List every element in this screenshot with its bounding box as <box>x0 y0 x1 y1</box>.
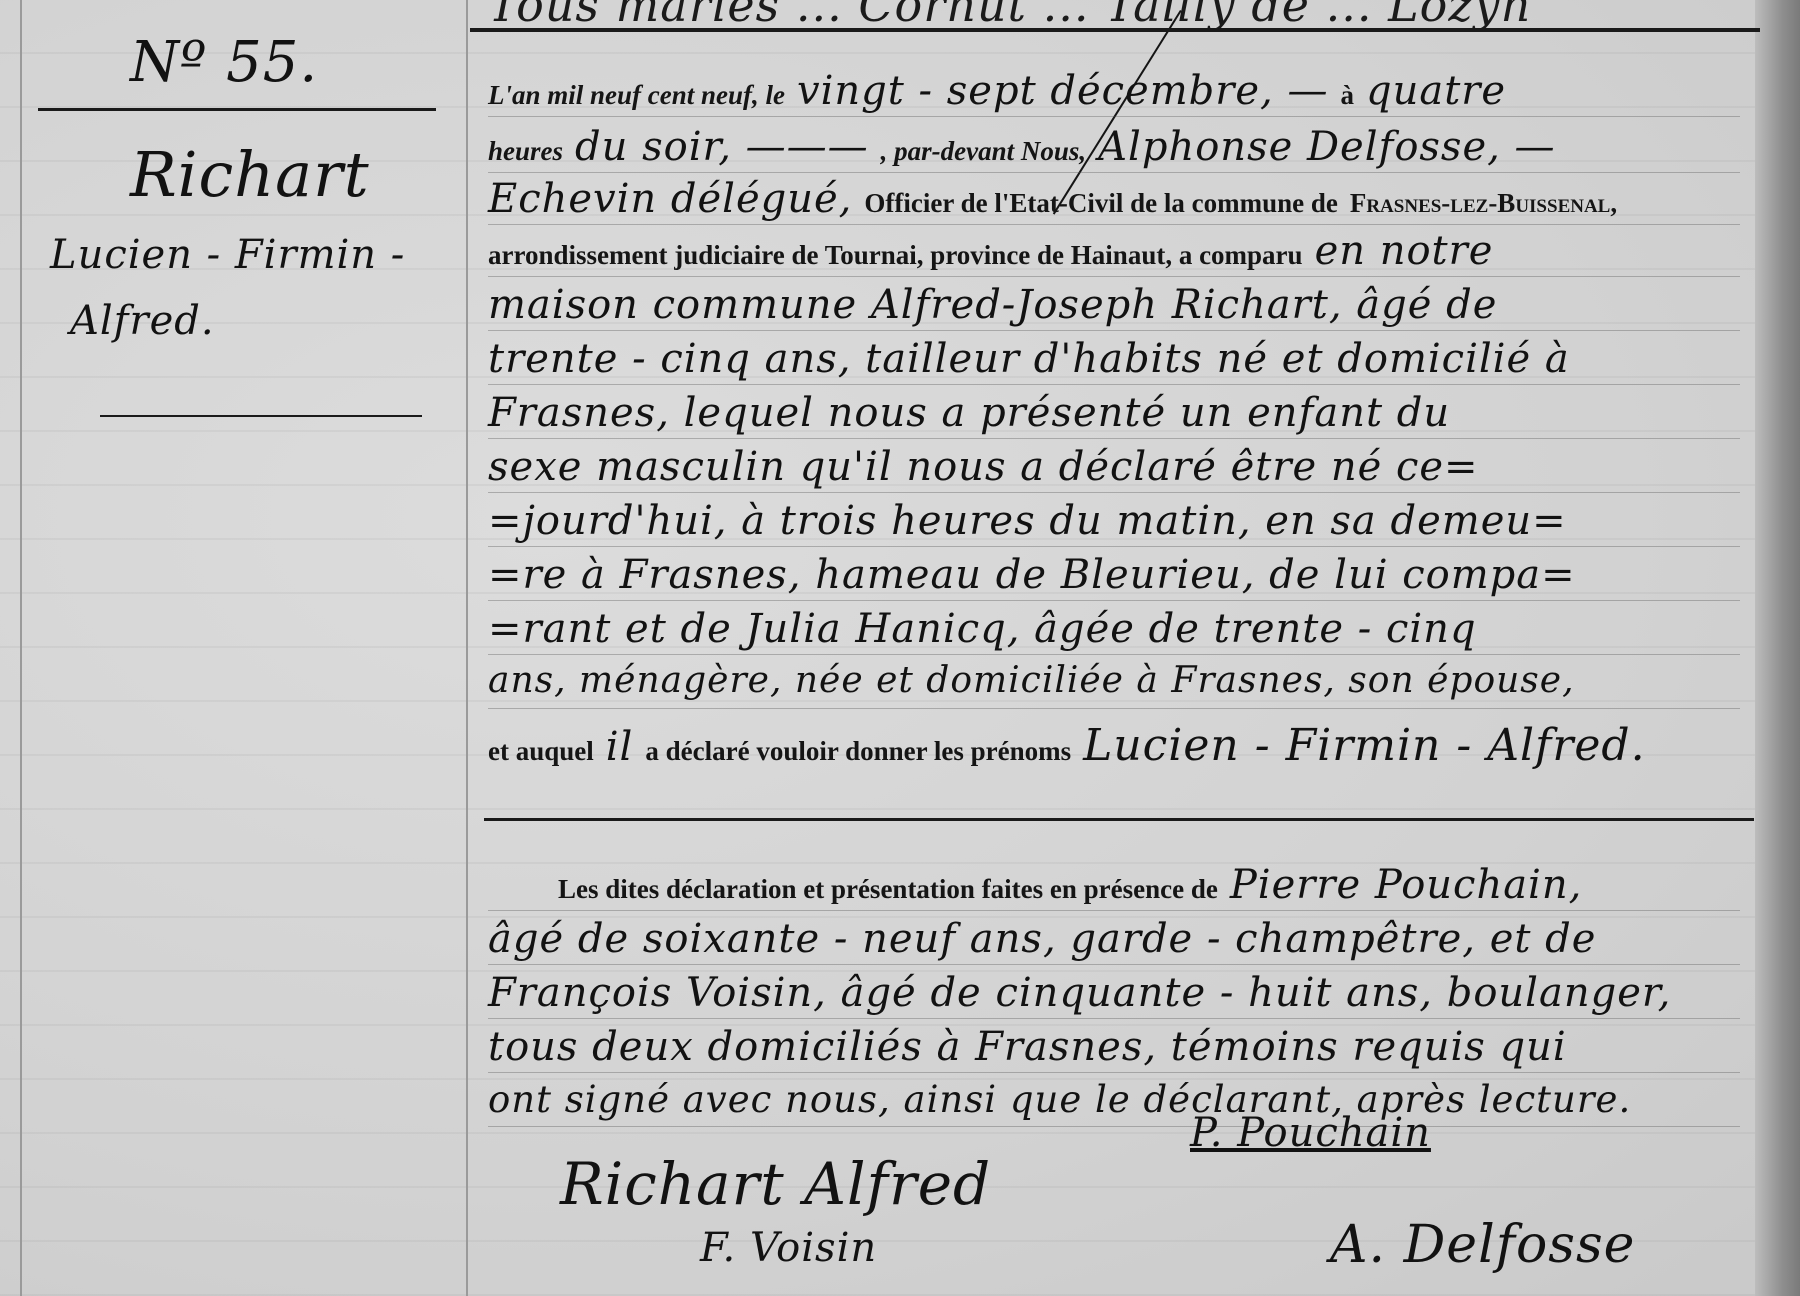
printed-text: Officier de l'Etat-Civil de la commune d… <box>864 188 1337 219</box>
handwritten-officer-name: Alphonse Delfosse, — <box>1098 124 1555 170</box>
handwritten-text: François Voisin, âgé de cinquante - huit… <box>488 970 1671 1016</box>
handwritten-officer-title: Echevin délégué, <box>488 176 852 222</box>
act-hand-line-4: sexe masculin qu'il nous a déclaré être … <box>488 444 1740 493</box>
printed-text: L'an mil neuf cent neuf, le <box>488 80 785 111</box>
handwritten-text: Frasnes, lequel nous a présenté un enfan… <box>488 390 1450 436</box>
handwritten-text: ont signé avec nous, ainsi que le déclar… <box>488 1078 1631 1121</box>
entry-number: Nº 55. <box>130 30 318 95</box>
handwritten-text: il <box>606 724 634 770</box>
printed-text: a déclaré vouloir donner les prénoms <box>645 736 1071 767</box>
act-line-1: L'an mil neuf cent neuf, le vingt - sept… <box>488 68 1740 117</box>
margin-given-names-1: Lucien - Firmin - <box>50 232 405 278</box>
signature-witness-voisin: F. Voisin <box>700 1225 877 1271</box>
act-line-4: arrondissement judiciaire de Tournai, pr… <box>488 228 1740 277</box>
handwritten-text: sexe masculin qu'il nous a déclaré être … <box>488 444 1479 490</box>
handwritten-witness-name: Pierre Pouchain, <box>1230 862 1582 908</box>
handwritten-text: en notre <box>1315 228 1494 274</box>
act-hand-line-3: Frasnes, lequel nous a présenté un enfan… <box>488 390 1740 439</box>
handwritten-text: âgé de soixante - neuf ans, garde - cham… <box>488 916 1596 962</box>
page-binding-edge <box>1755 0 1800 1296</box>
handwritten-text: tous deux domiciliés à Frasnes, témoins … <box>488 1024 1567 1070</box>
act-hand-line-7: =rant et de Julia Hanicq, âgée de trente… <box>488 606 1740 655</box>
act-hand-line-2: trente - cinq ans, tailleur d'habits né … <box>488 336 1740 385</box>
handwritten-text: maison commune Alfred-Joseph Richart, âg… <box>488 282 1497 328</box>
printed-text: à <box>1340 80 1354 111</box>
act-hand-line-6: =re à Frasnes, hameau de Bleurieu, de lu… <box>488 552 1740 601</box>
witness-line-1: Les dites déclaration et présentation fa… <box>488 862 1740 911</box>
printed-text: Les dites déclaration et présentation fa… <box>558 874 1218 905</box>
handwritten-text: trente - cinq ans, tailleur d'habits né … <box>488 336 1570 382</box>
printed-text: , par-devant Nous, <box>881 136 1087 167</box>
signature-officer: A. Delfosse <box>1330 1215 1635 1275</box>
signature-witness-pouchain: P. Pouchain <box>1190 1110 1431 1156</box>
top-rule <box>470 28 1760 32</box>
witness-hand-line-4: ont signé avec nous, ainsi que le déclar… <box>488 1078 1740 1127</box>
printed-commune: Frasnes-lez-Buissenal, <box>1350 188 1617 219</box>
handwritten-given-names: Lucien - Firmin - Alfred. <box>1083 720 1645 771</box>
handwritten-text: ans, ménagère, née et domiciliée à Frasn… <box>488 660 1575 701</box>
witness-hand-line-1: âgé de soixante - neuf ans, garde - cham… <box>488 916 1740 965</box>
margin-left-rule <box>20 0 22 1296</box>
act-hand-line-5: =jourd'hui, à trois heures du matin, en … <box>488 498 1740 547</box>
act-line-2: heures du soir, ——— , par-devant Nous, A… <box>488 124 1740 173</box>
act-line-prenoms: et auquel il a déclaré vouloir donner le… <box>488 720 1740 768</box>
act-hand-line-1: maison commune Alfred-Joseph Richart, âg… <box>488 282 1740 331</box>
register-page: Tous mariés ... Cornut ... Tailly de ...… <box>0 0 1800 1296</box>
printed-text: arrondissement judiciaire de Tournai, pr… <box>488 240 1303 271</box>
margin-surname: Richart <box>130 138 370 211</box>
signature-declarant: Richart Alfred <box>560 1150 991 1218</box>
handwritten-date: vingt - sept décembre, — <box>797 68 1328 114</box>
margin-column-rule <box>466 0 468 1296</box>
handwritten-text: =rant et de Julia Hanicq, âgée de trente… <box>488 606 1477 652</box>
handwritten-text: =re à Frasnes, hameau de Bleurieu, de lu… <box>488 552 1576 598</box>
act-hand-line-8: ans, ménagère, née et domiciliée à Frasn… <box>488 660 1740 709</box>
section-divider <box>484 818 1754 821</box>
handwritten-time: du soir, ——— <box>575 124 869 170</box>
printed-text: et auquel <box>488 736 594 767</box>
margin-rule-top <box>38 108 436 111</box>
margin-given-names-2: Alfred. <box>70 298 215 344</box>
witness-hand-line-3: tous deux domiciliés à Frasnes, témoins … <box>488 1024 1740 1073</box>
handwritten-text: =jourd'hui, à trois heures du matin, en … <box>488 498 1567 544</box>
printed-text: heures <box>488 136 563 167</box>
witness-hand-line-2: François Voisin, âgé de cinquante - huit… <box>488 970 1740 1019</box>
handwritten-hour: quatre <box>1366 68 1506 114</box>
margin-rule-bottom <box>100 415 422 417</box>
act-line-3: Echevin délégué, Officier de l'Etat-Civi… <box>488 176 1740 225</box>
